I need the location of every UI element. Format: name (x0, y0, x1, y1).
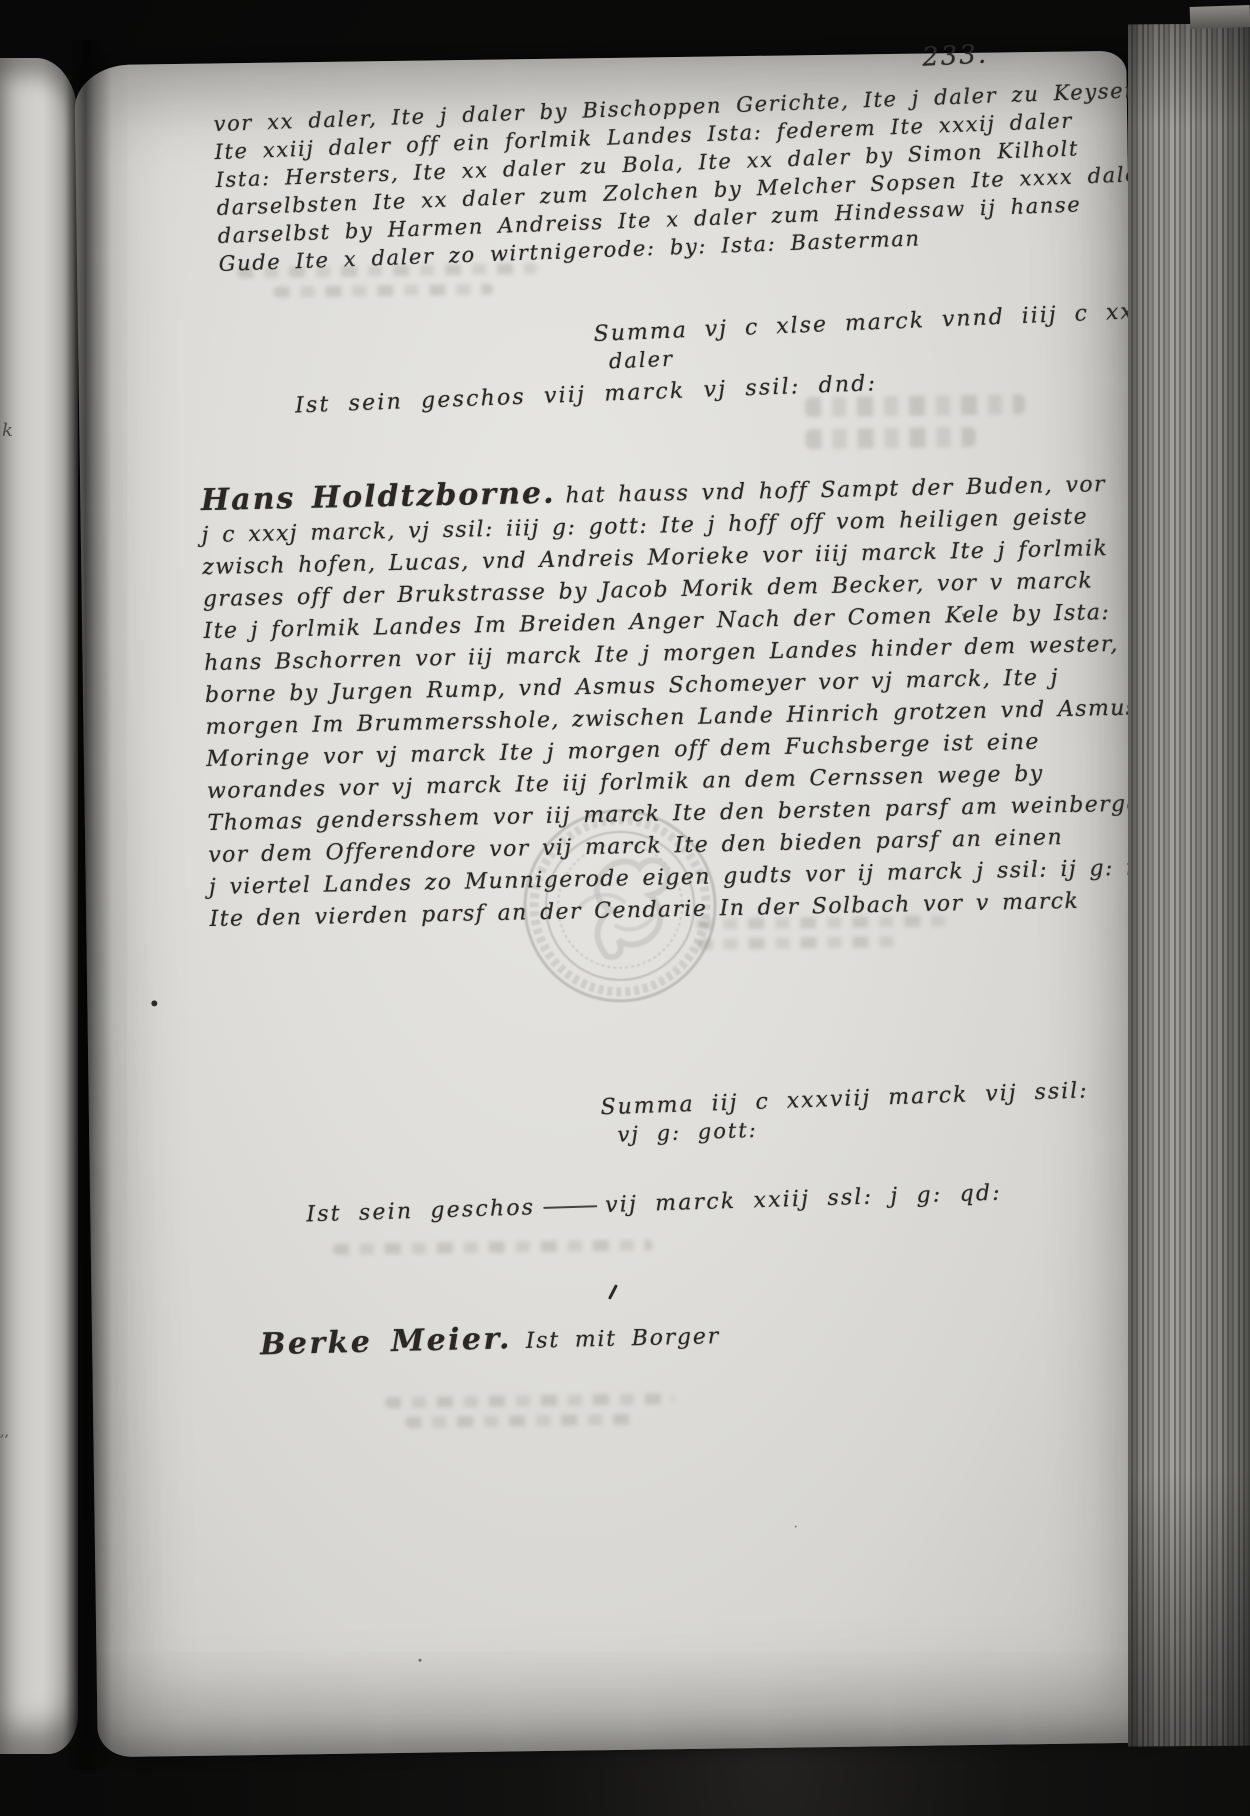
geschos-amount: vij marck xxiij ssl: j g: qd: (605, 1181, 1002, 1218)
ink-speck (151, 1000, 157, 1006)
summa-block-1: Summa vj c xlse marck vnnd iiij c xxx da… (593, 299, 1151, 374)
manuscript-page: 233. vor xx daler, Ite j daler by Bischo… (74, 51, 1150, 1758)
bleedthrough-text (385, 1393, 686, 1437)
handwritten-text-layer: 233. vor xx daler, Ite j daler by Bischo… (74, 51, 1126, 66)
geschos-line-1: Ist sein geschos viij marck vj ssil: dnd… (295, 371, 878, 418)
entry-note: Ist mit Borger (525, 1324, 720, 1354)
entry-hans-holdtzborne: Hans Holdtzborne.hat hauss vnd hoff Samp… (201, 465, 1179, 936)
entry-heading: Berke Meier. (260, 1321, 512, 1362)
ink-speck (795, 1525, 797, 1527)
summa-block-2: Summa iij c xxxviij marck vij ssil: vj g… (600, 1078, 1090, 1147)
facing-page-edge (0, 58, 78, 1754)
geschos-label: Ist sein geschos (306, 1195, 536, 1227)
pen-flourish (543, 1205, 597, 1209)
stray-stroke (608, 1284, 618, 1300)
entry-heading: Hans Holdtzborne. (201, 476, 556, 518)
bleedthrough-text (805, 394, 1036, 461)
book-fore-edge-top (1190, 5, 1250, 29)
page-number: 233. (922, 40, 989, 73)
top-paragraph: vor xx daler, Ite j daler by Bischoppen … (213, 76, 1153, 278)
ink-speck (962, 613, 964, 616)
bleedthrough-text (333, 1239, 663, 1264)
margin-mark: ,, (0, 1424, 9, 1440)
entry-berke-meier: Berke Meier.Ist mit Borger (260, 1316, 721, 1362)
manuscript-scan: k ,, (0, 0, 1250, 1816)
ink-speck (419, 1659, 422, 1662)
geschos-line-2: Ist sein geschosvij marck xxiij ssl: j g… (306, 1181, 1002, 1228)
book-fore-edge (1128, 23, 1250, 1746)
margin-mark: k (2, 420, 13, 441)
